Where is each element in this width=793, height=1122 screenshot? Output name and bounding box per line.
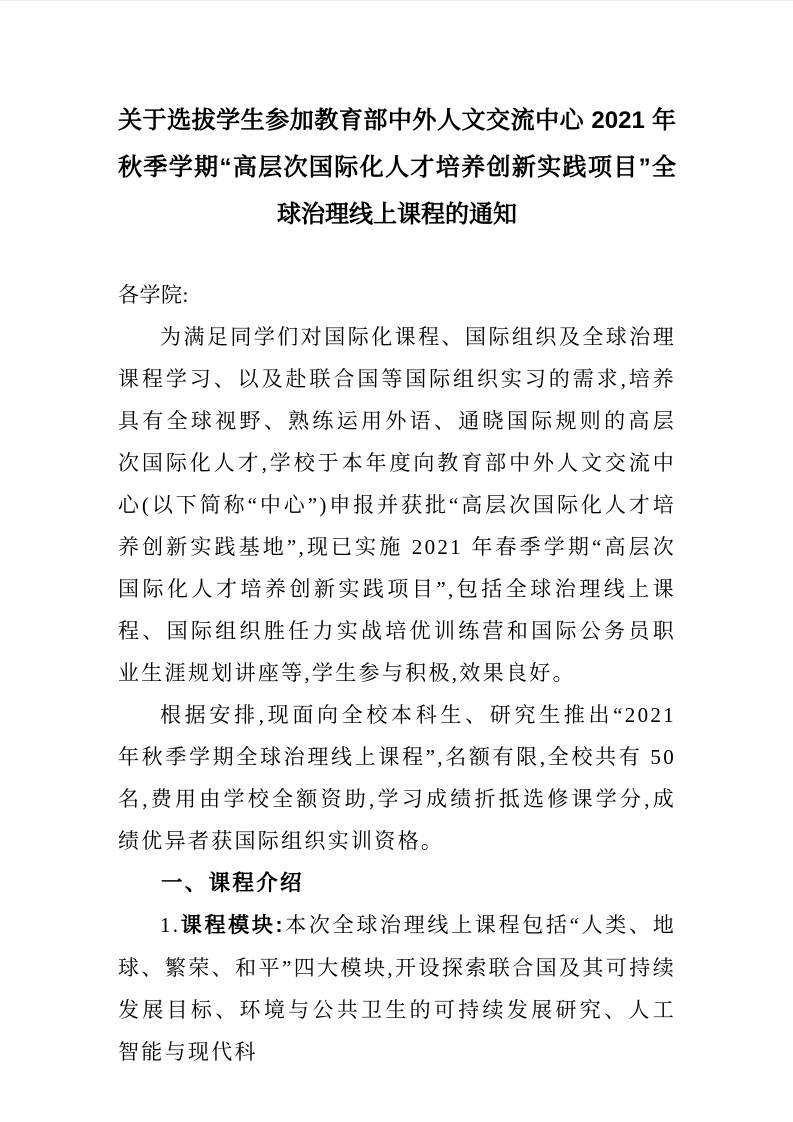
salutation: 各学院:	[118, 274, 676, 316]
item-number: 1.	[160, 913, 180, 937]
page-content: 关于选拔学生参加教育部中外人文交流中心 2021 年 秋季学期“高层次国际化人才…	[0, 1, 793, 1073]
section-heading-course-intro: 一、课程介绍	[118, 862, 676, 904]
document-page: 关于选拔学生参加教育部中外人文交流中心 2021 年 秋季学期“高层次国际化人才…	[0, 0, 793, 1122]
title-line-3: 球治理线上课程的通知	[118, 191, 676, 238]
item-label: 课程模块:	[180, 914, 284, 937]
document-body: 各学院: 为满足同学们对国际化课程、国际组织及全球治理课程学习、以及赴联合国等国…	[118, 274, 676, 1073]
title-line-2: 秋季学期“高层次国际化人才培养创新实践项目”全	[118, 144, 676, 191]
paragraph-2: 根据安排,现面向全校本科生、研究生推出“2021 年秋季学期全球治理线上课程”,…	[118, 694, 676, 862]
document-title: 关于选拔学生参加教育部中外人文交流中心 2021 年 秋季学期“高层次国际化人才…	[118, 97, 676, 238]
paragraph-1: 为满足同学们对国际化课程、国际组织及全球治理课程学习、以及赴联合国等国际组织实习…	[118, 316, 676, 694]
paragraph-course-modules: 1.课程模块:本次全球治理线上课程包括“人类、地球、繁荣、和平”四大模块,开设探…	[118, 904, 676, 1073]
title-line-1: 关于选拔学生参加教育部中外人文交流中心 2021 年	[118, 97, 676, 144]
